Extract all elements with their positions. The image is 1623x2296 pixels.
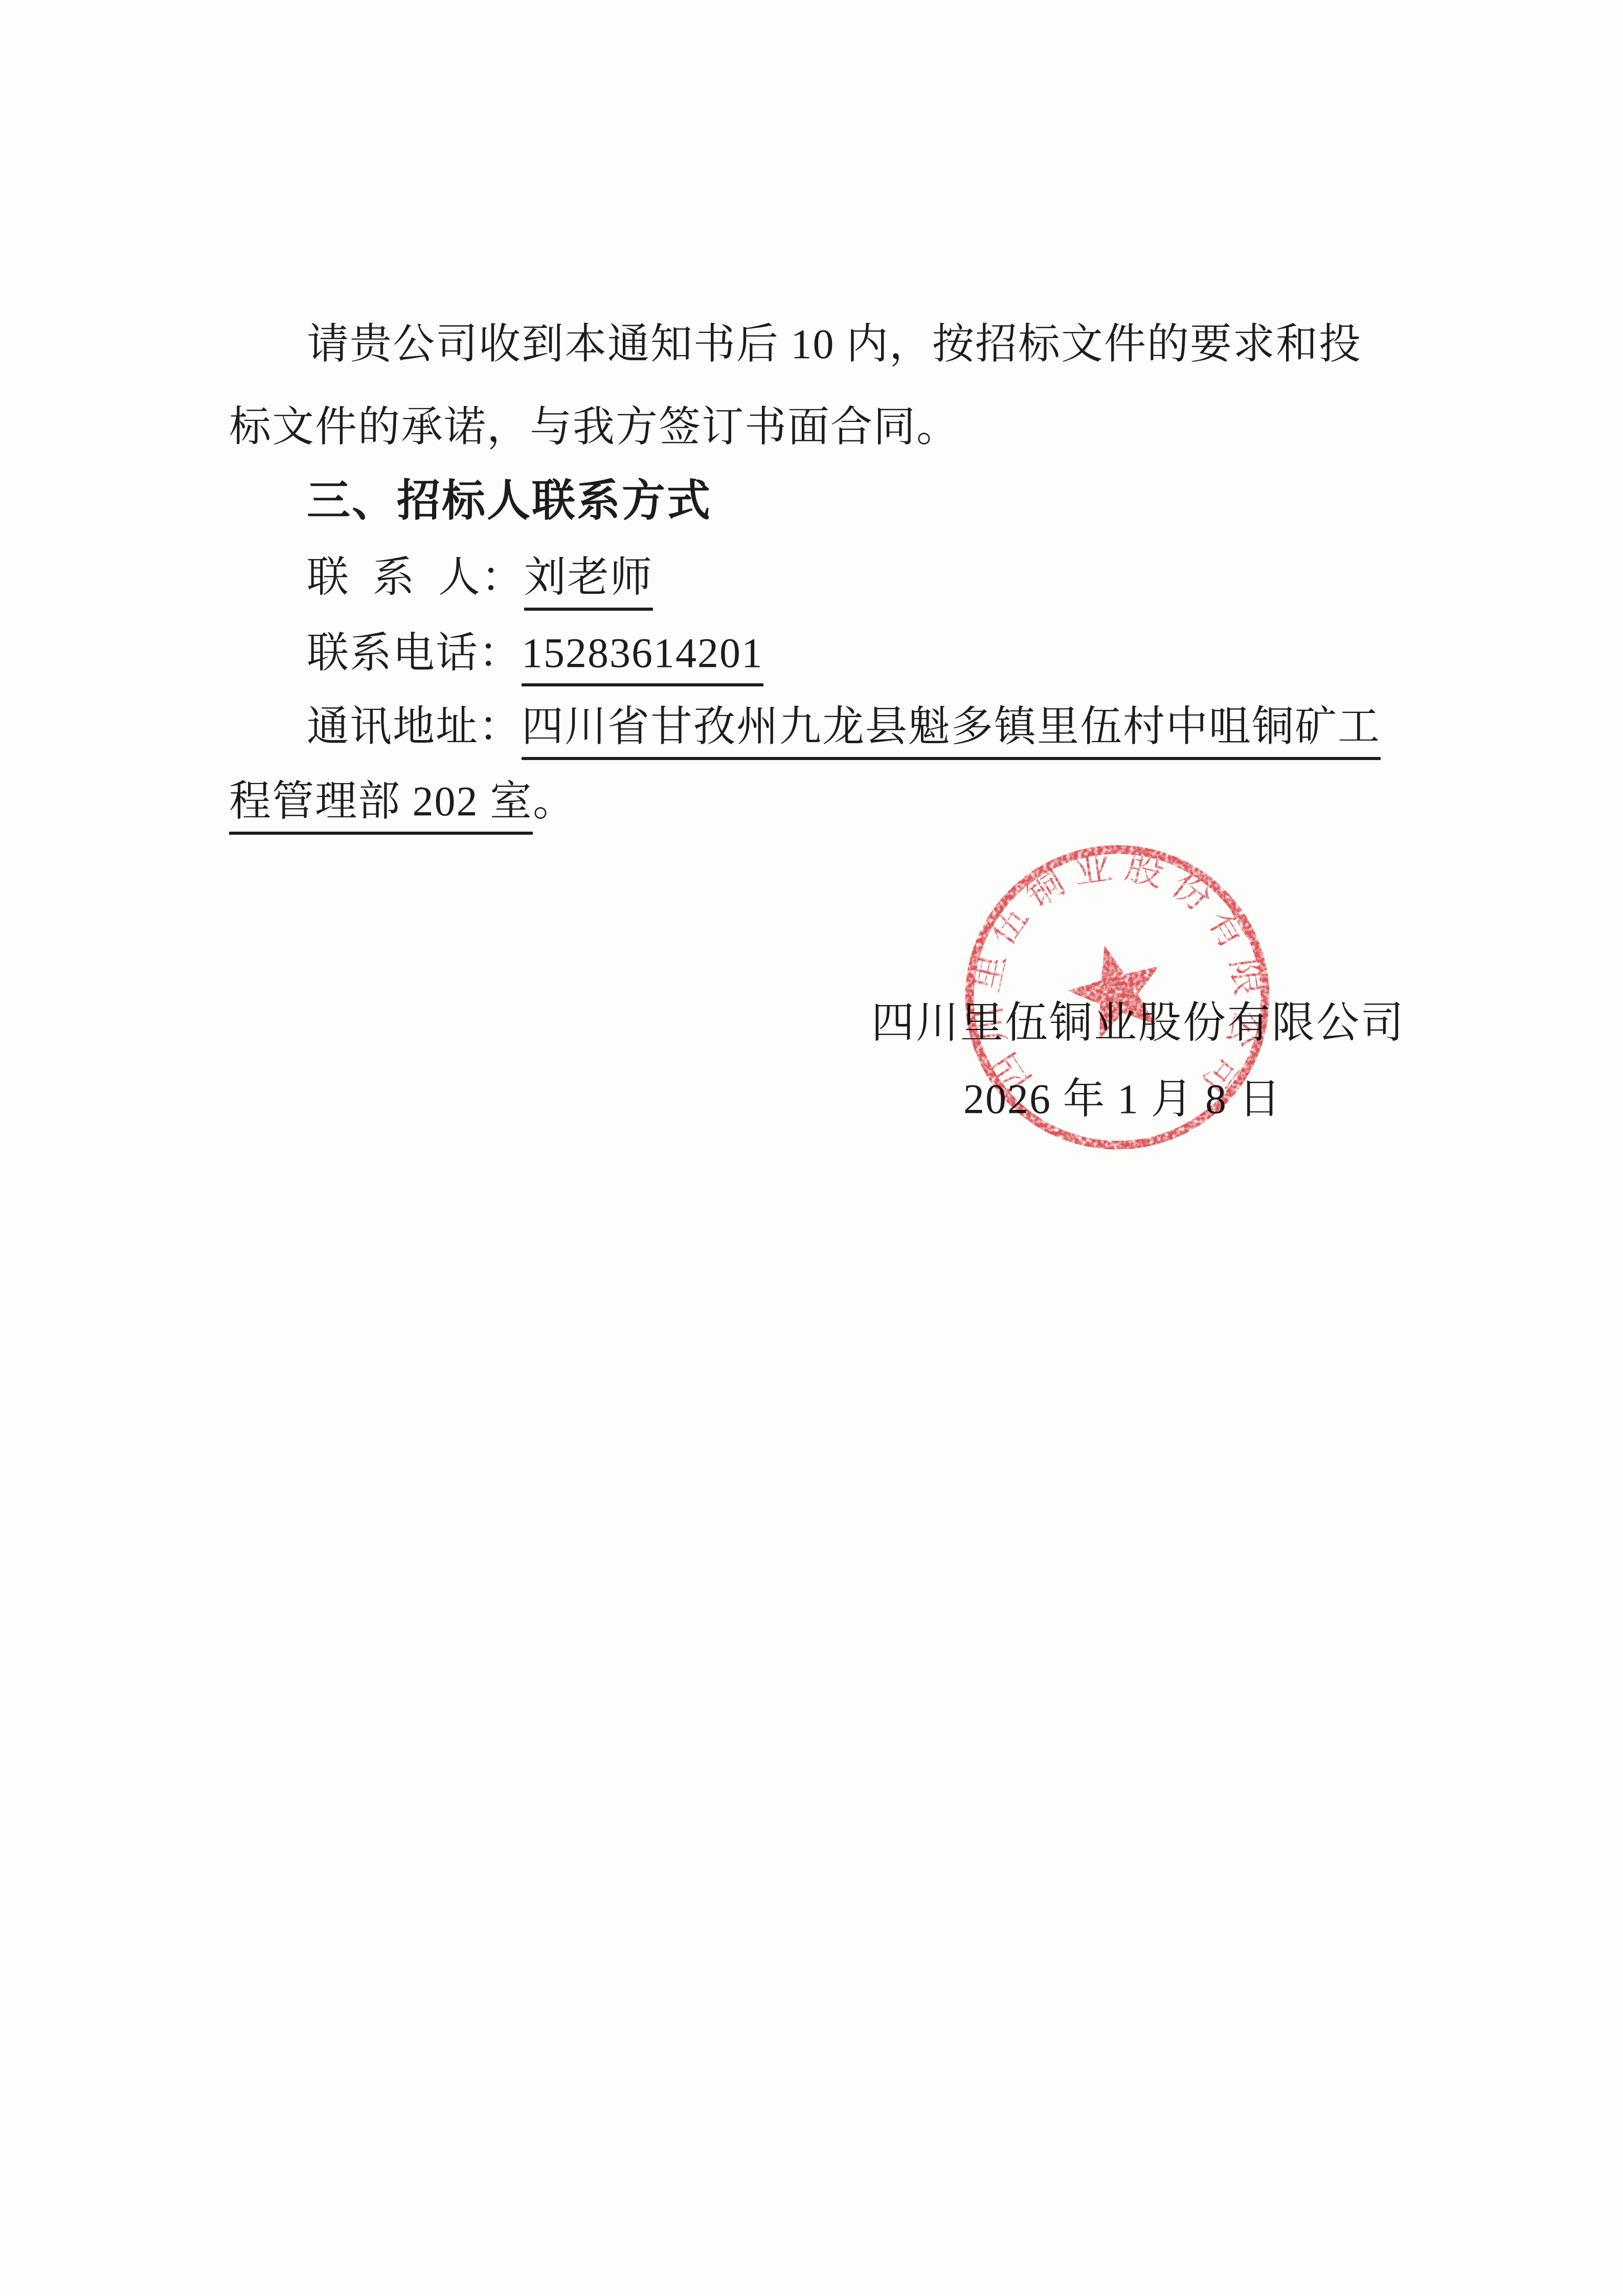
company-seal-stamp: 四川里伍铜业股份有限公司 [949,829,1286,1166]
contact-person-label: 联 系 人： [307,554,524,600]
address-period: 。 [533,778,576,824]
contact-phone-value: 15283614201 [522,630,763,686]
scanned-document-page: 请贵公司收到本通知书后 10 内，按招标文件的要求和投 标文件的承诺，与我方签订… [0,0,1623,2296]
contact-address-label: 通讯地址： [307,703,522,750]
body-paragraph-line-2: 标文件的承诺，与我方签订书面合同。 [229,404,959,450]
stamp-graphic: 四川里伍铜业股份有限公司 [964,844,1270,1145]
contact-address-line-1: 通讯地址：四川省甘孜州九龙县魁多镇里伍村中咀铜矿工 [307,704,1381,750]
body-paragraph-line-1: 请贵公司收到本通知书后 10 内，按招标文件的要求和投 [307,321,1362,367]
contact-person-value: 刘老师 [524,554,653,611]
star-icon [1068,945,1159,1039]
contact-address-line-2: 程管理部 202 室。 [229,778,576,824]
section-heading: 三、招标人联系方式 [307,477,712,525]
contact-phone-label: 联系电话： [307,630,522,676]
contact-person-line: 联 系 人：刘老师 [307,554,653,600]
contact-phone-line: 联系电话：15283614201 [307,630,763,676]
contact-address-value-line-2: 程管理部 202 室 [229,778,533,835]
contact-address-value-line-1: 四川省甘孜州九龙县魁多镇里伍村中咀铜矿工 [522,703,1381,760]
